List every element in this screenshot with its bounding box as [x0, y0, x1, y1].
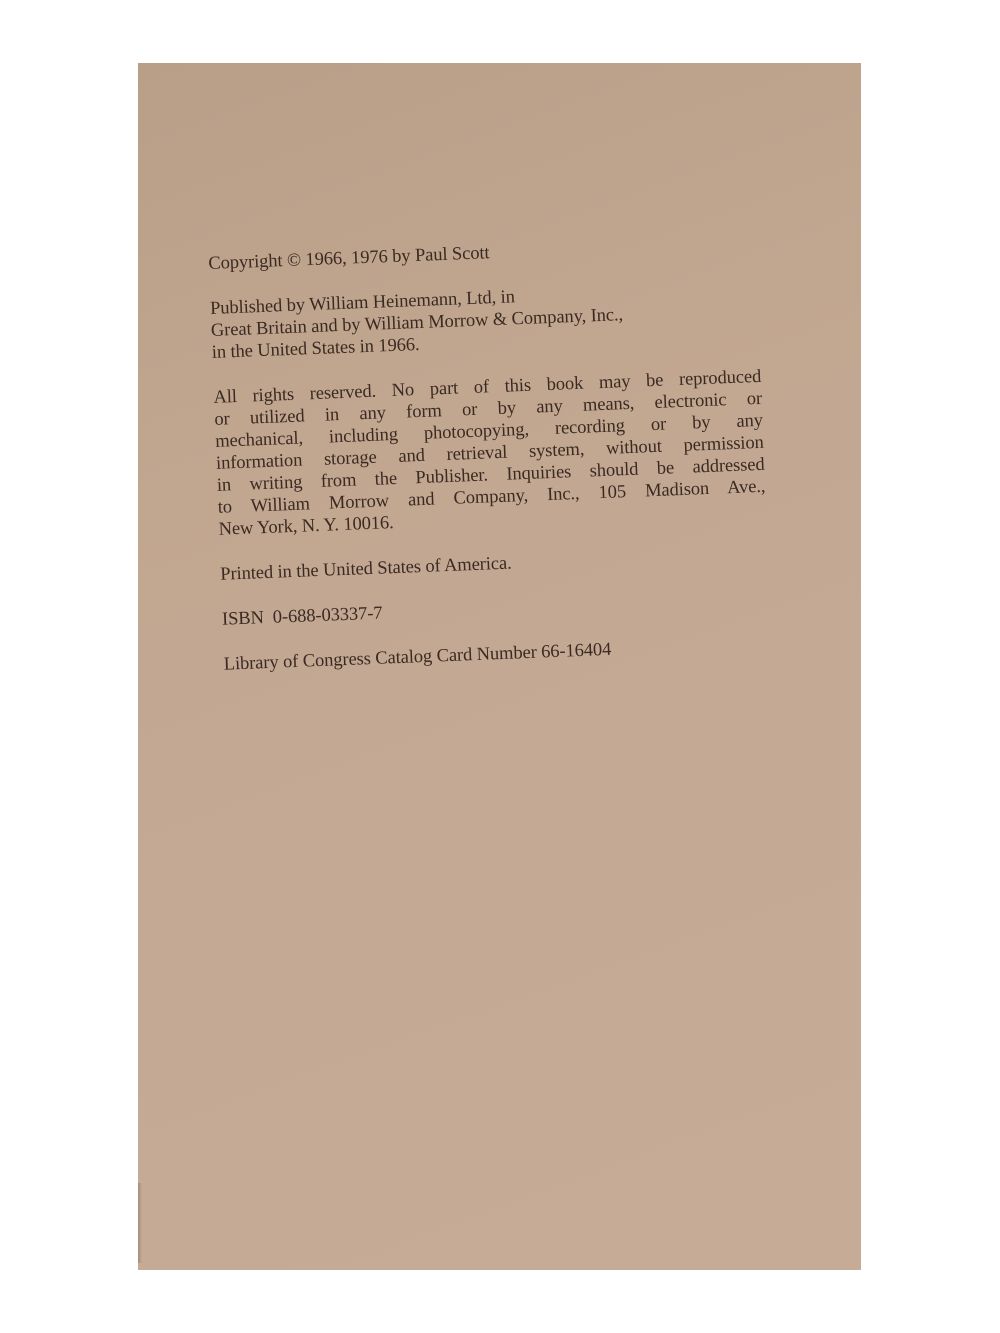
- rights-reserved-statement: All rights reserved. No part of this boo…: [213, 366, 767, 541]
- publication-statement: Published by William Heinemann, Ltd, in …: [210, 276, 772, 363]
- copyright-notice: Copyright © 1966, 1976 by Paul Scott: [208, 232, 768, 275]
- isbn: ISBN 0-688-03337-7: [222, 587, 782, 630]
- library-of-congress-number: Library of Congress Catalog Card Number …: [223, 632, 783, 675]
- page-edge-shadow: [138, 1183, 142, 1263]
- book-page: Copyright © 1966, 1976 by Paul Scott Pub…: [138, 63, 861, 1270]
- copyright-page-text: Copyright © 1966, 1976 by Paul Scott Pub…: [208, 232, 785, 699]
- printed-in-statement: Printed in the United States of America.: [220, 542, 780, 585]
